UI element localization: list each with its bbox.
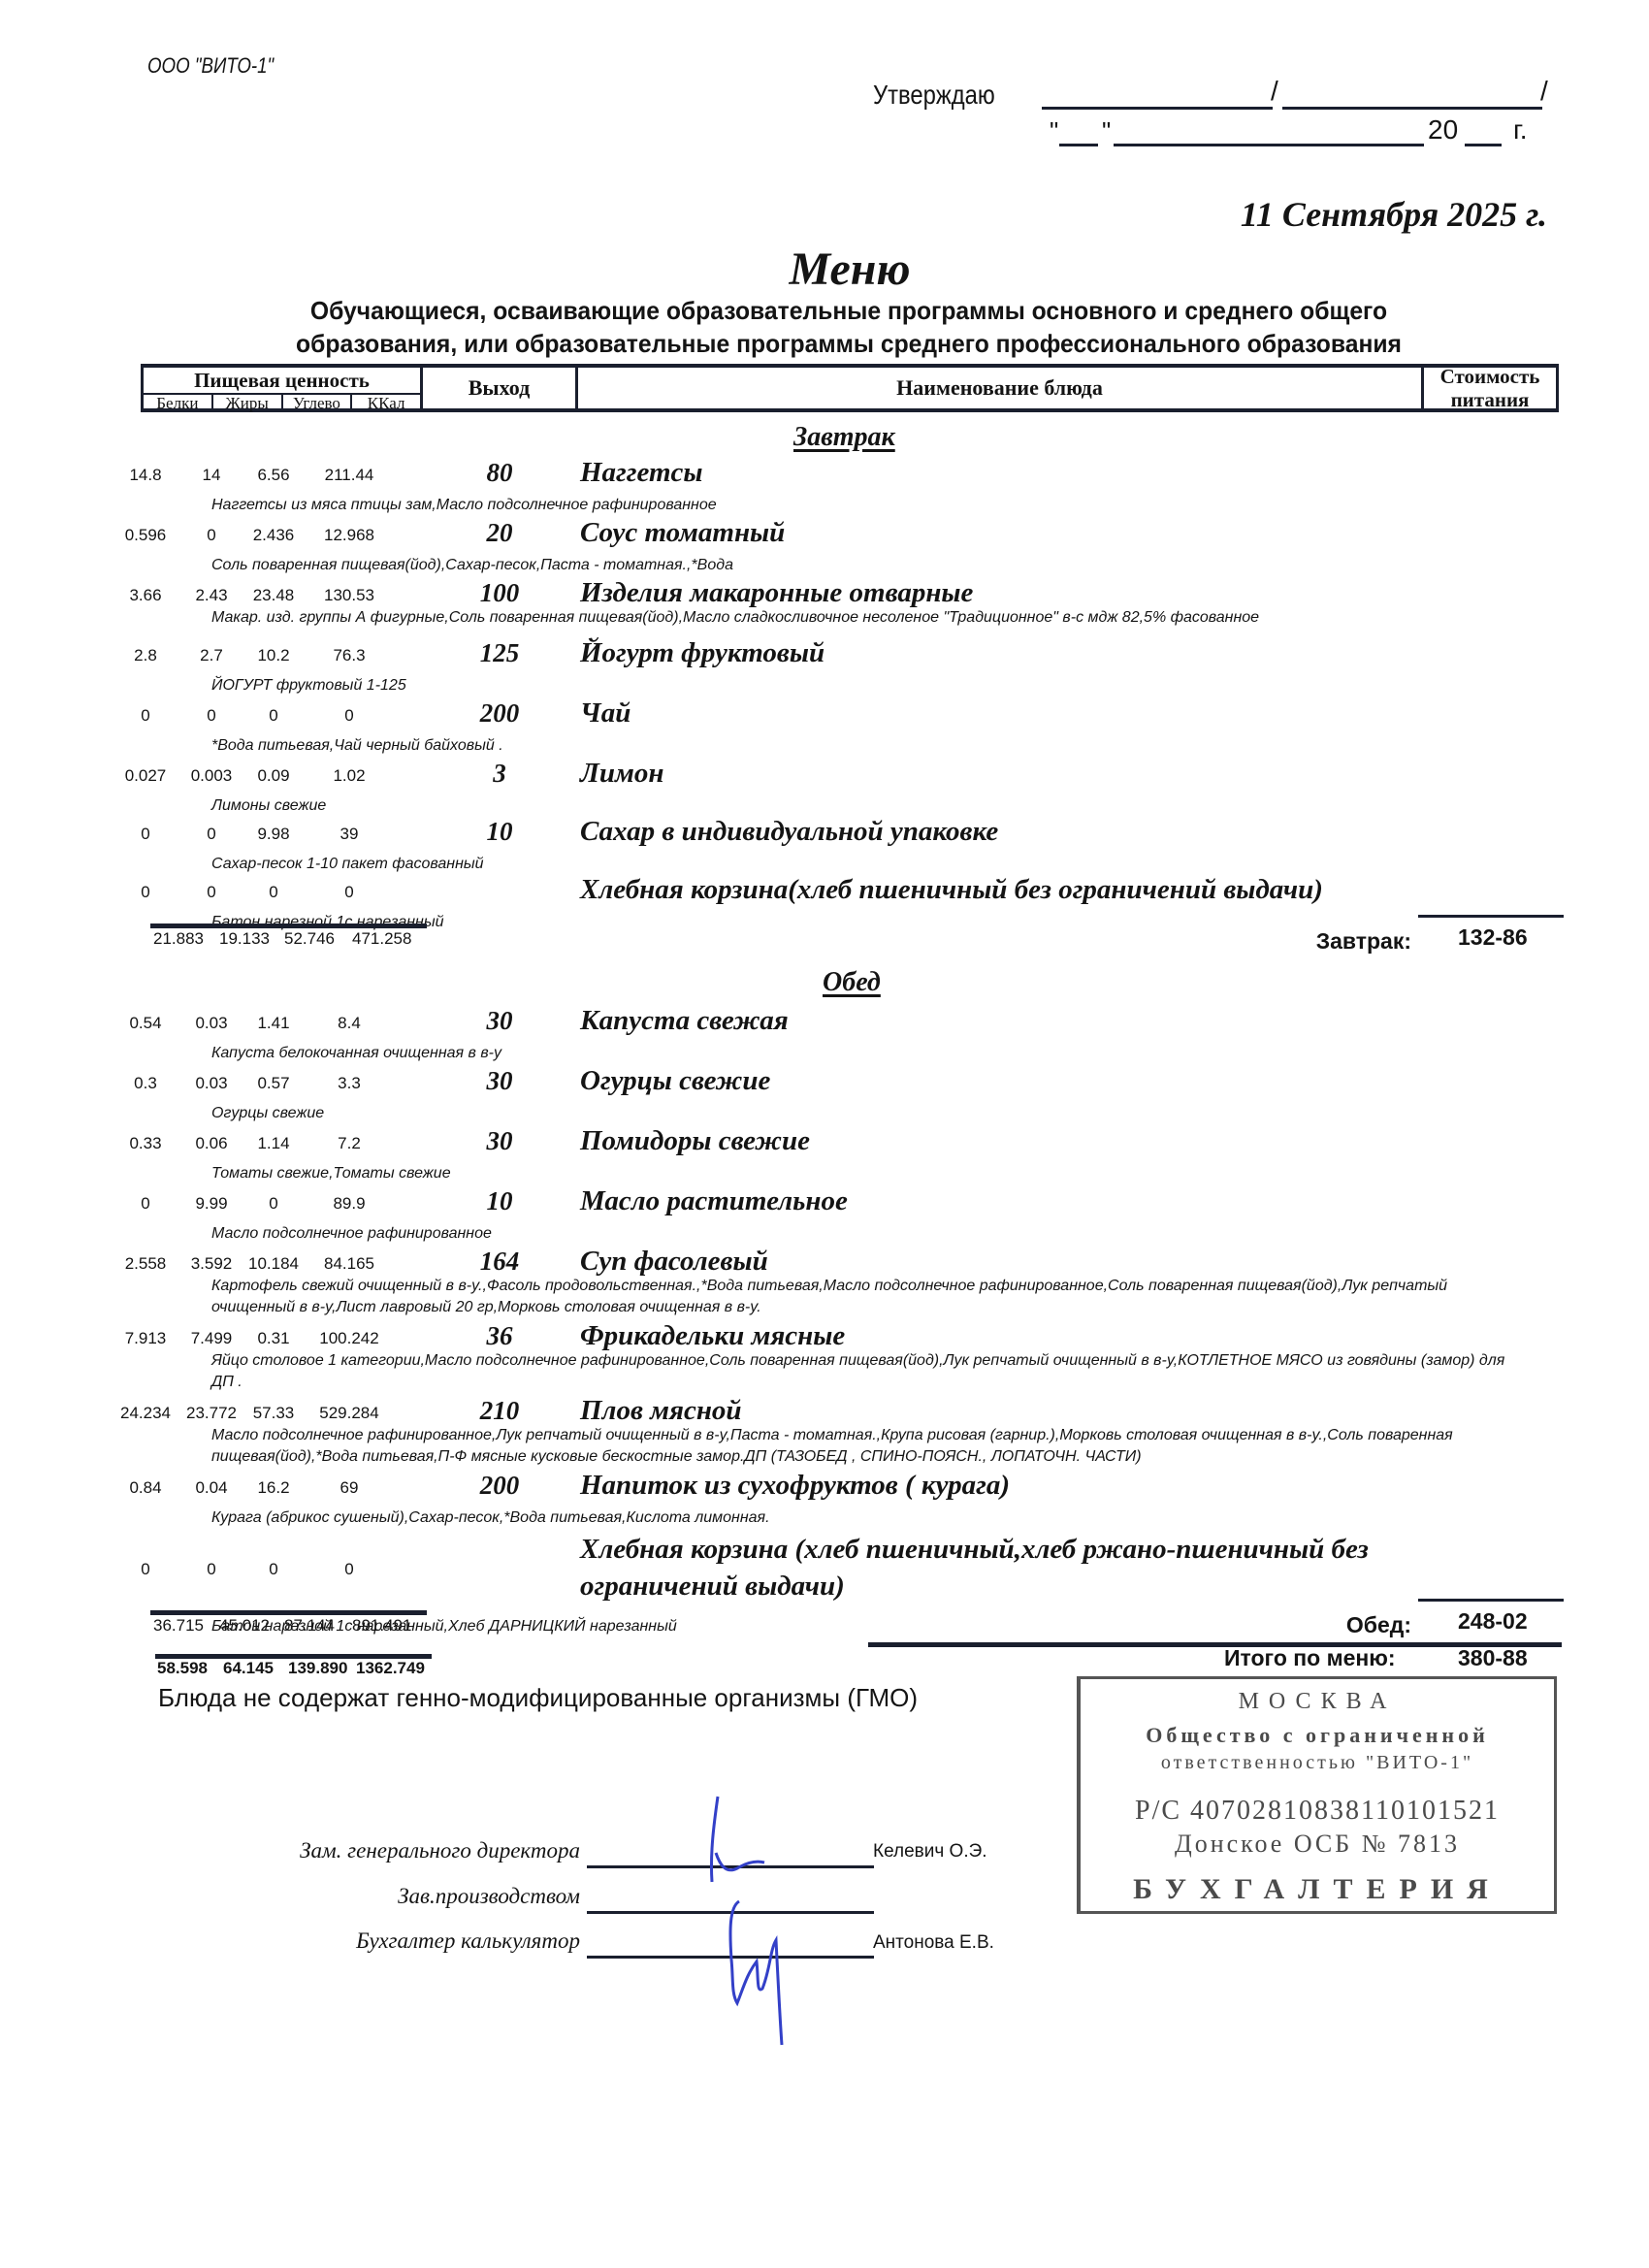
nutrition-fats: 0.03 [178,1074,245,1093]
nutrition-carbs: 0 [240,1560,307,1579]
nutrition-carbs: 0 [240,1194,307,1214]
nutrition-proteins: 0.84 [112,1478,179,1498]
nutrition-fats: 3.592 [178,1254,245,1274]
handwritten-signature-icon [669,1785,863,2057]
page-title: Меню [0,243,1649,296]
nutrition-header: Пищевая ценность Белки Жиры Углево ККал [144,368,420,408]
nutrition-carbs: 6.56 [240,466,307,485]
dish-yield: 210 [461,1396,538,1426]
dish-yield: 20 [461,518,538,548]
nutrition-carbs: 57.33 [240,1404,307,1423]
nutrition-kcal: 69 [315,1478,383,1498]
proteins-header: Белки [144,394,211,408]
dish-name: Суп фасолевый [580,1245,768,1278]
nutrition-proteins: 0.33 [112,1134,179,1153]
nutrition-carbs: 0 [240,883,307,902]
dish-ingredients: Яйцо столовое 1 категории,Масло подсолне… [211,1350,1531,1393]
fats-header: Жиры [211,394,281,408]
nutrition-kcal: 12.968 [315,526,383,545]
stamp-line-3: ответственностью "ВИТО-1" [1081,1752,1554,1774]
section-cost-value: 248-02 [1458,1608,1528,1635]
dish-name-header: Наименование блюда [575,368,1421,408]
nutrition-carbs: 0.09 [240,766,307,786]
nutrition-carbs: 2.436 [240,526,307,545]
dish-yield: 36 [461,1321,538,1351]
signature-role-production-head: Зав.производством [250,1884,580,1909]
nutrition-fats: 2.7 [178,646,245,665]
section-total-carbs: 52.746 [284,929,344,949]
gmo-note: Блюда не содержат генно-модифицированные… [158,1683,918,1713]
nutrition-proteins: 0.3 [112,1074,179,1093]
nutrition-kcal: 211.44 [315,466,383,485]
section-cost-rule [1418,915,1564,918]
dish-name: Огурцы свежие [580,1064,770,1097]
nutrition-fats: 9.99 [178,1194,245,1214]
stamp-line-2: Общество с ограниченной [1081,1723,1554,1748]
year-line [1465,144,1502,146]
section-cost-label: Завтрак: [1316,928,1411,955]
dish-yield: 125 [461,638,538,668]
nutrition-carbs: 16.2 [240,1478,307,1498]
stamp-department: БУХГАЛТЕРИЯ [1081,1873,1554,1906]
dish-ingredients: Масло подсолнечное рафинированное,Лук ре… [211,1425,1531,1468]
dish-name: Лимон [580,757,664,790]
nutrition-kcal: 39 [315,825,383,844]
dish-ingredients: Макар. изд. группы А фигурные,Соль повар… [211,607,1531,629]
nutrition-carbs: 10.2 [240,646,307,665]
nutrition-proteins: 14.8 [112,466,179,485]
signature-name-accountant: Антонова Е.В. [873,1932,994,1954]
dish-name: Чай [580,697,630,729]
nutrition-label: Пищевая ценность [144,368,420,395]
day-line [1059,144,1098,146]
nutrition-kcal: 76.3 [315,646,383,665]
dish-name: Масло растительное [580,1184,848,1217]
nutrition-proteins: 7.913 [112,1329,179,1348]
section-total-proteins: 36.715 [153,1616,213,1636]
nutrition-kcal: 7.2 [315,1134,383,1153]
date-quote-open: " [1050,116,1058,146]
grand-total-cost: 380-88 [1458,1645,1528,1671]
section-total-kcal: 471.258 [352,929,412,949]
section-title: Завтрак [793,422,895,453]
nutrition-fats: 0.06 [178,1134,245,1153]
table-header: Пищевая ценность Белки Жиры Углево ККал … [141,364,1559,412]
nutrition-kcal: 100.242 [315,1329,383,1348]
date-quote-close: " [1102,116,1111,146]
grand-total-carbs: 139.890 [288,1659,348,1678]
approve-separator: / [1271,76,1278,107]
dish-ingredients: Масло подсолнечное рафинированное [211,1223,1531,1245]
document-date: 11 Сентября 2025 г. [1241,194,1547,235]
nutrition-proteins: 0.54 [112,1014,179,1033]
signature-name-deputy-director: Келевич О.Э. [873,1841,987,1863]
dish-yield: 30 [461,1066,538,1096]
nutrition-fats: 0 [178,526,245,545]
dish-name: Наггетсы [580,456,703,489]
dish-yield: 3 [461,759,538,789]
nutrition-carbs: 1.41 [240,1014,307,1033]
dish-yield: 164 [461,1247,538,1277]
nutrition-proteins: 2.8 [112,646,179,665]
section-total-rule [150,923,427,928]
section-cost-rule [1418,1599,1564,1602]
nutrition-fats: 7.499 [178,1329,245,1348]
carbs-header: Углево [281,394,351,408]
section-total-proteins: 21.883 [153,929,213,949]
nutrition-fats: 0 [178,825,245,844]
cost-header-line-1: Стоимость [1440,365,1540,388]
organization-name: ООО "ВИТО-1" [147,53,274,79]
yield-header: Выход [420,368,575,408]
nutrition-proteins: 24.234 [112,1404,179,1423]
dish-name: Сахар в индивидуальной упаковке [580,815,998,848]
approve-label: Утверждаю [873,80,995,111]
dish-name: Хлебная корзина (хлеб пшеничный,хлеб ржа… [580,1531,1385,1604]
dish-ingredients: Соль поваренная пищевая(йод),Сахар-песок… [211,555,1531,576]
section-total-rule [150,1610,427,1615]
nutrition-fats: 0 [178,1560,245,1579]
month-line [1114,144,1424,146]
dish-name: Хлебная корзина(хлеб пшеничный без огран… [580,873,1323,906]
page-subtitle: Обучающиеся, осваивающие образовательные… [245,294,1453,360]
nutrition-proteins: 2.558 [112,1254,179,1274]
nutrition-carbs: 1.14 [240,1134,307,1153]
approve-separator-end: / [1540,76,1548,107]
dish-yield: 30 [461,1006,538,1036]
nutrition-kcal: 0 [315,883,383,902]
nutrition-kcal: 1.02 [315,766,383,786]
nutrition-carbs: 0 [240,706,307,726]
cost-header: Стоимость питания [1421,368,1556,408]
stamp-account: Р/С 40702810838110101521 [1081,1796,1554,1827]
nutrition-fats: 23.772 [178,1404,245,1423]
dish-yield: 200 [461,1471,538,1501]
kcal-header: ККал [350,394,420,408]
nutrition-proteins: 0 [112,1194,179,1214]
nutrition-fats: 14 [178,466,245,485]
nutrition-fats: 0 [178,706,245,726]
dish-name: Изделия макаронные отварные [580,576,973,609]
dish-ingredients: Сахар-песок 1-10 пакет фасованный [211,854,1531,875]
stamp-bank: Донское ОСБ № 7813 [1081,1830,1554,1859]
nutrition-fats: 0.003 [178,766,245,786]
dish-yield: 100 [461,578,538,608]
nutrition-proteins: 0.027 [112,766,179,786]
nutrition-carbs: 23.48 [240,586,307,605]
dish-name: Плов мясной [580,1394,742,1427]
dish-ingredients: Наггетсы из мяса птицы зам,Масло подсолн… [211,495,1531,516]
nutrition-carbs: 0.57 [240,1074,307,1093]
nutrition-proteins: 0 [112,825,179,844]
nutrition-kcal: 0 [315,706,383,726]
dish-ingredients: Лимоны свежие [211,795,1531,817]
nutrition-kcal: 130.53 [315,586,383,605]
dish-name: Соус томатный [580,516,785,549]
cost-header-line-2: питания [1451,388,1530,411]
nutrition-kcal: 0 [315,1560,383,1579]
dish-yield: 10 [461,1186,538,1216]
nutrition-kcal: 89.9 [315,1194,383,1214]
grand-total-fats: 64.145 [223,1659,283,1678]
section-total-carbs: 87.144 [284,1616,344,1636]
nutrition-fats: 0.03 [178,1014,245,1033]
subtitle-line-1: Обучающиеся, осваивающие образовательные… [245,294,1453,327]
approve-name-line [1282,107,1542,110]
section-cost-value: 132-86 [1458,924,1528,951]
dish-name: Капуста свежая [580,1004,789,1037]
dish-yield: 200 [461,698,538,729]
section-total-fats: 19.133 [219,929,279,949]
section-total-kcal: 891.491 [352,1616,412,1636]
section-title: Обед [823,967,881,998]
dish-ingredients: Картофель свежий очищенный в в-у.,Фасоль… [211,1276,1531,1318]
dish-yield: 80 [461,458,538,488]
dish-ingredients: *Вода питьевая,Чай черный байховый . [211,735,1531,757]
dish-ingredients: Капуста белокочанная очищенная в в-у [211,1043,1531,1064]
nutrition-proteins: 0 [112,706,179,726]
signature-role-accountant: Бухгалтер калькулятор [250,1928,580,1954]
signature-role-deputy-director: Зам. генерального директора [250,1838,580,1863]
nutrition-kcal: 529.284 [315,1404,383,1423]
nutrition-fats: 0.04 [178,1478,245,1498]
section-cost-label: Обед: [1346,1612,1411,1638]
dish-name: Йогурт фруктовый [580,636,824,669]
dish-ingredients: Томаты свежие,Томаты свежие [211,1163,1531,1184]
approve-signature-line [1042,107,1273,110]
nutrition-carbs: 0.31 [240,1329,307,1348]
dish-name: Помидоры свежие [580,1124,810,1157]
nutrition-proteins: 3.66 [112,586,179,605]
nutrition-proteins: 0.596 [112,526,179,545]
grand-total-kcal: 1362.749 [356,1659,416,1678]
nutrition-proteins: 0 [112,883,179,902]
subtitle-line-2: образования, или образовательные програм… [245,327,1453,360]
section-total-fats: 45.012 [219,1616,279,1636]
nutrition-kcal: 8.4 [315,1014,383,1033]
year-suffix: г. [1513,114,1528,146]
nutrition-proteins: 0 [112,1560,179,1579]
dish-name: Напиток из сухофруктов ( курага) [580,1469,1010,1502]
nutrition-kcal: 84.165 [315,1254,383,1274]
nutrition-fats: 0 [178,883,245,902]
nutrition-kcal: 3.3 [315,1074,383,1093]
nutrition-carbs: 10.184 [240,1254,307,1274]
dish-yield: 10 [461,817,538,847]
dish-yield: 30 [461,1126,538,1156]
nutrition-fats: 2.43 [178,586,245,605]
stamp-city: МОСКВА [1081,1689,1554,1715]
dish-ingredients: Огурцы свежие [211,1103,1531,1124]
approval-block: Утверждаю [873,80,1017,111]
grand-total-proteins: 58.598 [157,1659,217,1678]
company-stamp: МОСКВА Общество с ограниченной ответстве… [1077,1676,1557,1914]
dish-ingredients: ЙОГУРТ фруктовый 1-125 [211,675,1531,697]
dish-name: Фрикадельки мясные [580,1319,845,1352]
grand-total-label: Итого по меню: [1224,1645,1396,1671]
dish-ingredients: Курага (абрикос сушеный),Сахар-песок,*Во… [211,1507,1531,1529]
year-prefix: 20 [1428,114,1458,146]
nutrition-carbs: 9.98 [240,825,307,844]
